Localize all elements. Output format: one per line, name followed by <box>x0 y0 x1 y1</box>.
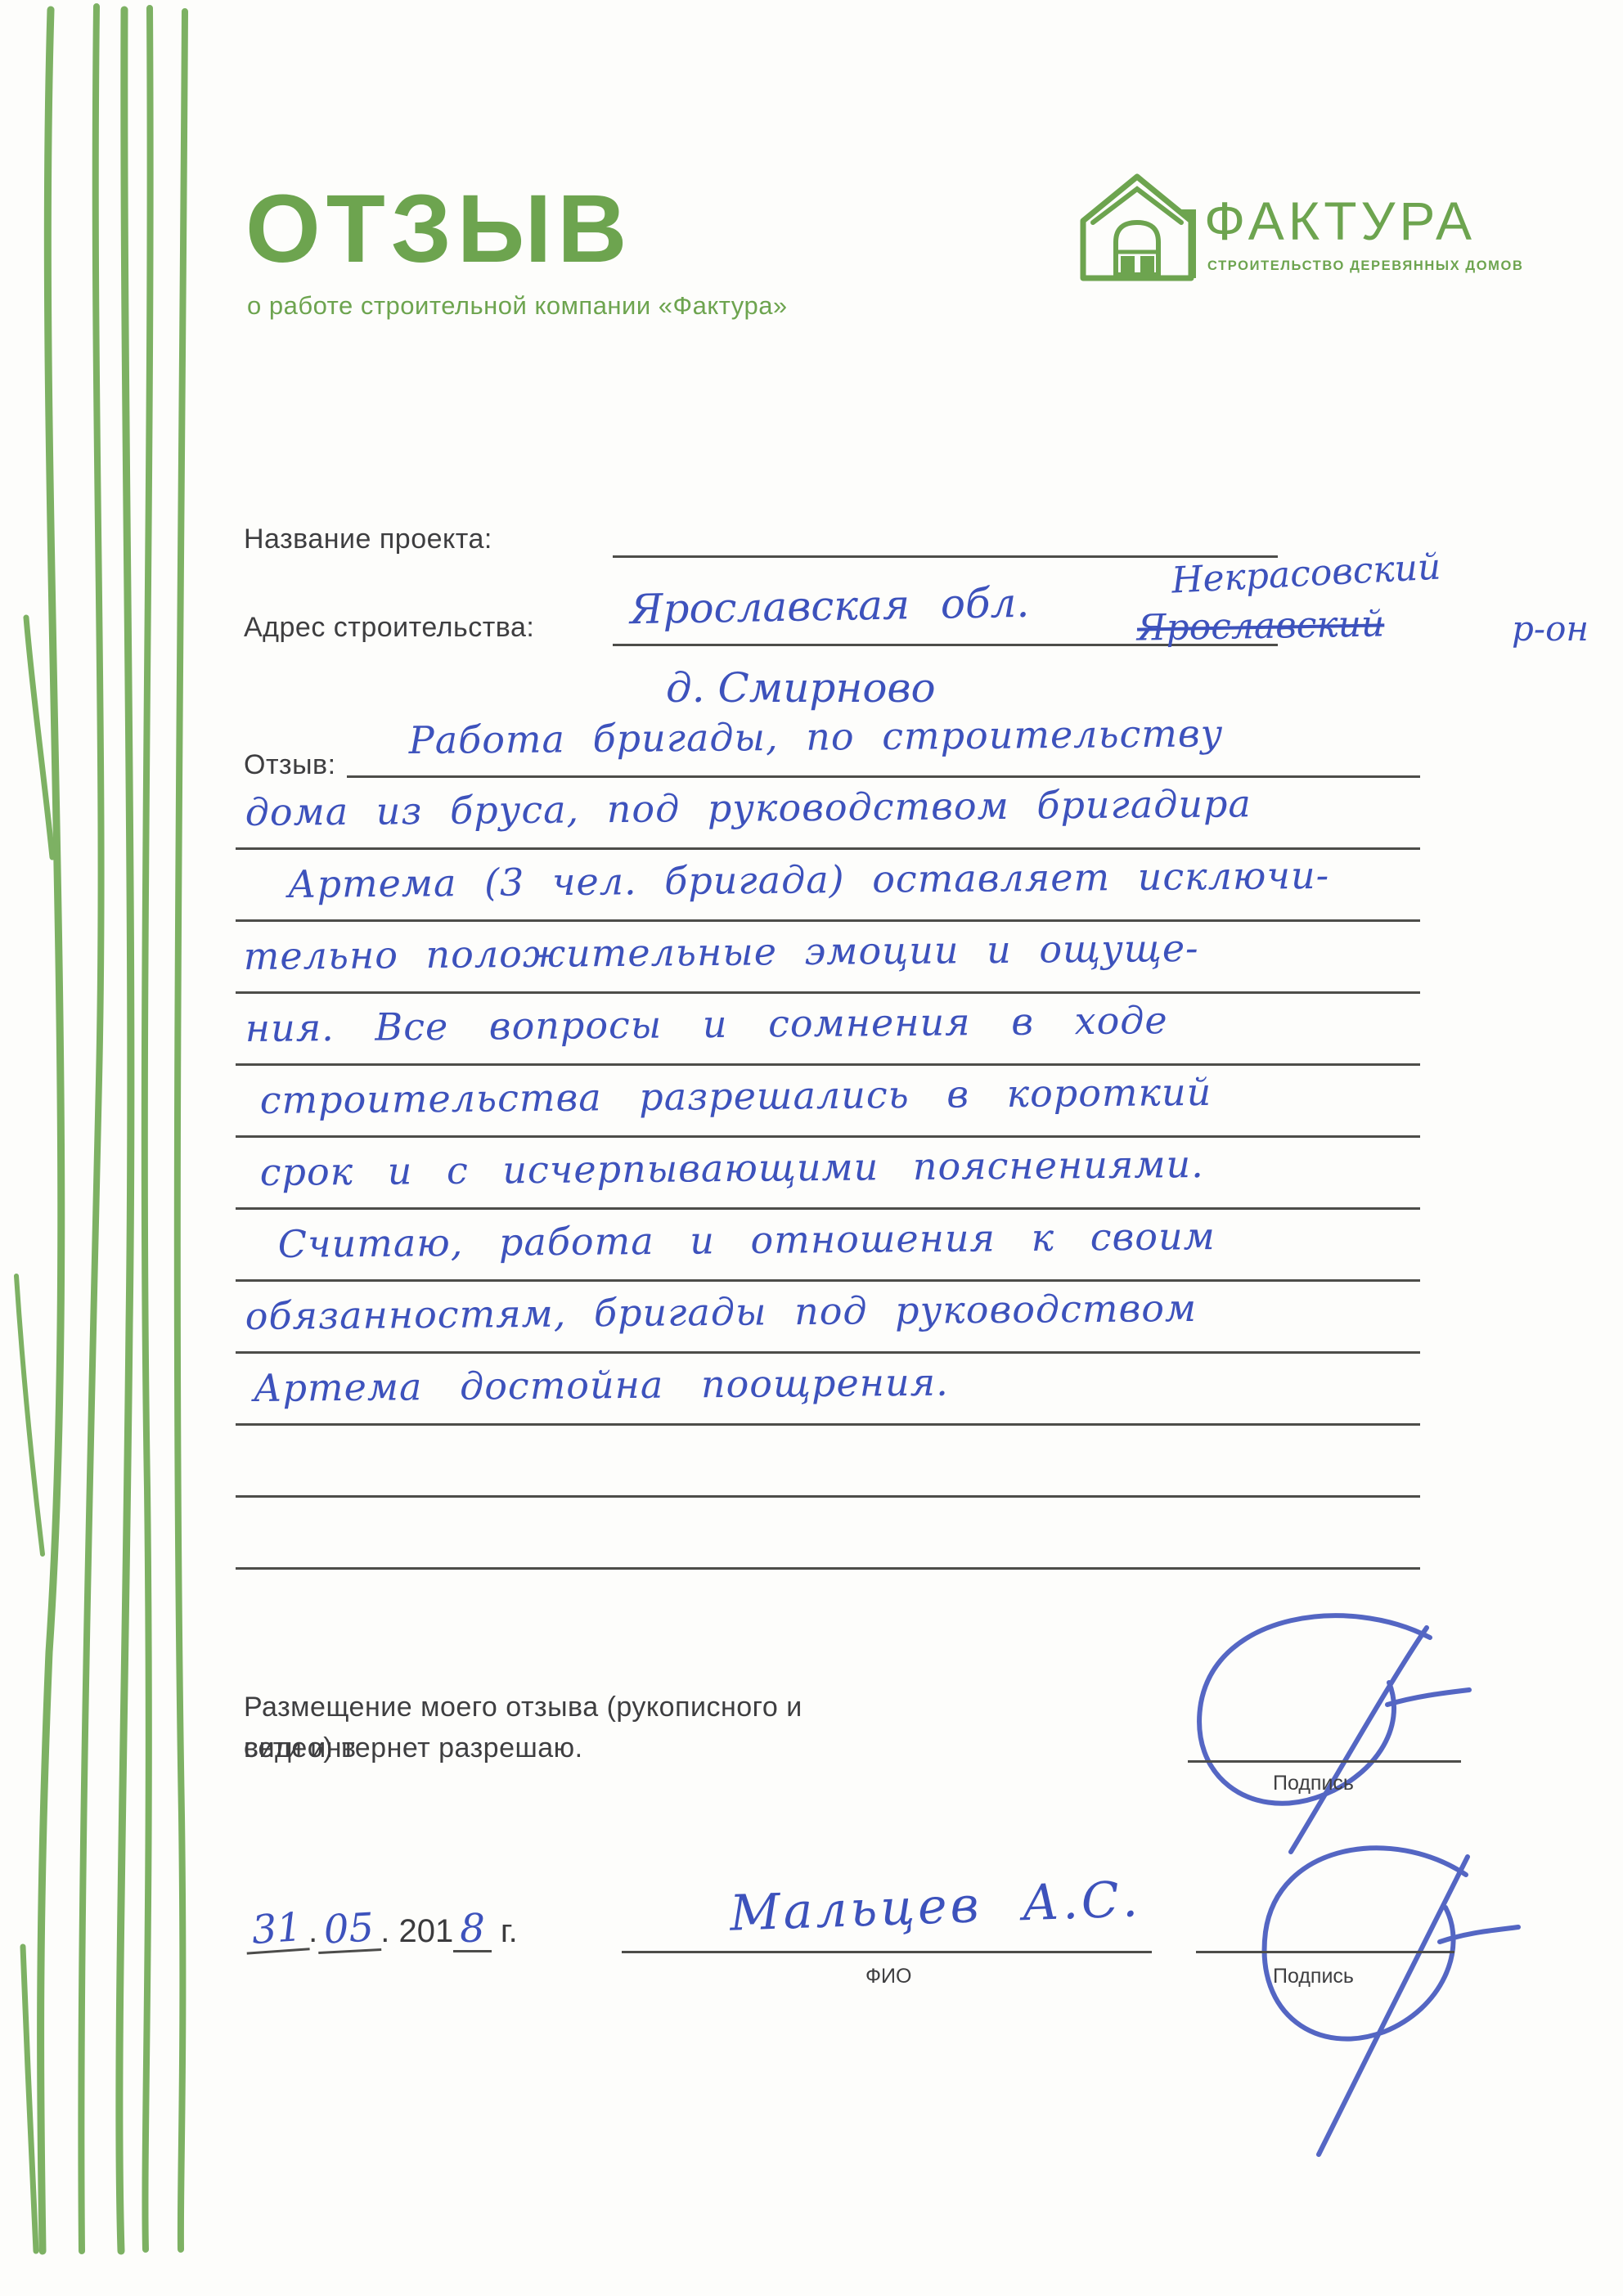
logo-house-icon <box>1073 170 1204 285</box>
logo-tagline: СТРОИТЕЛЬСТВО ДЕРЕВЯННЫХ ДОМОВ <box>1207 258 1523 274</box>
grass-decoration <box>0 0 221 2296</box>
review-ruled-line <box>236 1567 1420 1570</box>
field-project-line <box>613 555 1278 558</box>
signature-bottom-line <box>1196 1951 1454 1953</box>
review-handwritten-line: Работа бригады, по строительству <box>409 711 1224 762</box>
review-ruled-line <box>236 991 1420 994</box>
review-handwritten-line: Артема (3 чел. бригада) оставляет исключ… <box>288 853 1330 906</box>
date-suffix: г. <box>492 1913 518 1949</box>
review-ruled-line <box>236 1495 1420 1498</box>
review-ruled-line <box>236 1063 1420 1066</box>
review-handwritten-line: срок и с исчерпывающими пояснениями. <box>260 1142 1204 1194</box>
page-subtitle: о работе строительной компании «Фактура» <box>247 291 788 321</box>
review-ruled-line <box>236 1279 1420 1282</box>
signature-bottom-label: Подпись <box>1273 1965 1354 1988</box>
date-field: 31.05. 2018 г. <box>245 1911 518 1952</box>
review-ruled-line <box>236 847 1420 850</box>
review-ruled-line <box>347 775 1420 778</box>
review-ruled-line <box>236 1351 1420 1354</box>
address-crossed-out-handwriting: Ярославский <box>1137 603 1385 649</box>
review-ruled-line <box>236 919 1420 922</box>
logo <box>1073 170 1204 285</box>
review-ruled-line <box>236 1207 1420 1210</box>
scanned-review-document: { "header": { "title": "ОТЗЫВ", "subtitl… <box>0 0 1623 2296</box>
date-day-handwriting: 31 <box>244 1908 309 1954</box>
logo-company-name: ФАКТУРА <box>1204 190 1476 252</box>
address-district-suffix-handwriting: р-он <box>1512 609 1589 649</box>
review-ruled-line <box>236 1135 1420 1138</box>
review-handwritten-line: Артема достойна поощрения. <box>254 1360 949 1410</box>
consent-text-line2: сети интернет разрешаю. <box>244 1728 882 1768</box>
address-settlement-handwriting: д. Смирново <box>666 664 936 712</box>
fio-label: ФИО <box>865 1965 911 1988</box>
review-label: Отзыв: <box>244 749 336 781</box>
review-ruled-line <box>236 1423 1420 1426</box>
field-address-label: Адрес строительства: <box>244 612 534 644</box>
review-handwritten-line: Считаю, работа и отношения к своим <box>278 1214 1216 1266</box>
date-year-printed: . 201 <box>380 1913 453 1949</box>
field-project-label: Название проекта: <box>244 523 492 555</box>
date-year-digit-handwriting: 8 <box>453 1911 492 1952</box>
fio-line <box>622 1951 1152 1953</box>
fio-handwriting: Мальцев А.С. <box>729 1871 1142 1943</box>
review-handwritten-line: ния. Все вопросы и сомнения в ходе <box>245 998 1168 1050</box>
signature-bottom <box>1196 1826 1540 2169</box>
review-handwritten-line: обязанностям, бригады под руководством <box>245 1286 1198 1338</box>
review-handwritten-line: тельно положительные эмоции и ощуще- <box>244 926 1199 978</box>
address-region-handwriting: Ярославская обл. <box>630 579 1030 634</box>
review-handwritten-line: дома из бруса, под руководством бригадир… <box>245 781 1252 834</box>
address-correction-handwriting: Некрасовский <box>1171 546 1442 601</box>
date-month-handwriting: 05 <box>317 1909 382 1954</box>
signature-top-label: Подпись <box>1273 1772 1354 1795</box>
page-title: ОТЗЫВ <box>245 173 633 285</box>
signature-top-line <box>1188 1760 1461 1763</box>
review-handwritten-line: строительства разрешались в короткий <box>260 1070 1212 1122</box>
